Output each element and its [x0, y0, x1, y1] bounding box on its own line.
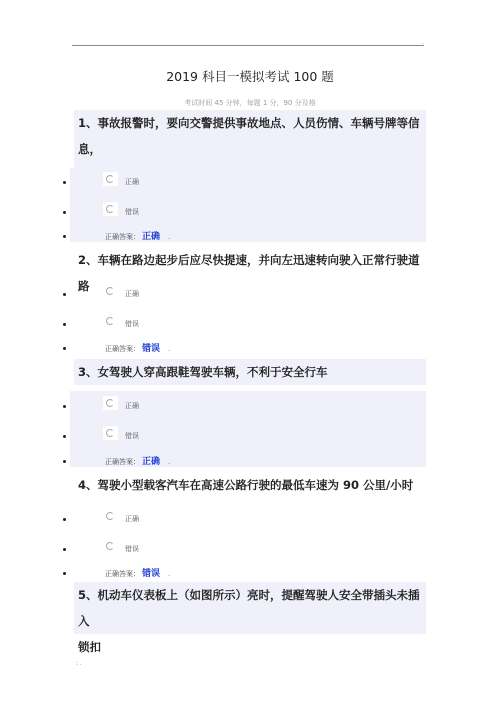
radio-button-icon[interactable]: [106, 205, 114, 213]
answer-suffix: .: [168, 233, 170, 241]
option-label: 正确: [125, 514, 139, 524]
question-3-text: 3、女驾驶人穿高跟鞋驾驶车辆，不利于安全行车: [74, 359, 426, 385]
answer-suffix: .: [168, 345, 170, 353]
question-4-text: 4、驾驶小型载客汽车在高速公路行驶的最低车速为 90 公里/小时: [74, 472, 426, 498]
footer-mark: : .: [76, 660, 82, 667]
question-4-line1: 4、驾驶小型载客汽车在高速公路行驶的最低车速为 90 公里/小时: [78, 472, 422, 498]
answer-value: 正确: [142, 457, 160, 467]
option-correct[interactable]: 正确: [70, 284, 426, 304]
radio-button-icon[interactable]: [106, 287, 114, 295]
exam-info: 考试时间 45 分钟，每题 1 分，90 分及格: [0, 98, 500, 108]
bullet-icon: [63, 323, 66, 326]
option-label: 正确: [125, 177, 139, 187]
option-label: 正确: [125, 401, 139, 411]
option-wrong[interactable]: 错误: [70, 314, 426, 334]
radio-button-icon[interactable]: [106, 542, 114, 550]
answer-text: 正确答案：错误.: [105, 566, 170, 579]
option-wrong[interactable]: 错误: [70, 539, 426, 559]
radio-button-icon[interactable]: [106, 429, 114, 437]
bullet-icon: [63, 548, 66, 551]
option-wrong[interactable]: 错误: [70, 426, 426, 446]
question-3-line1: 3、女驾驶人穿高跟鞋驾驶车辆，不利于安全行车: [78, 359, 422, 385]
question-5-text: 5、机动车仪表板上（如图所示）亮时，提醒驾驶人安全带插头未插入 锁扣: [74, 582, 426, 634]
answer-value: 错误: [142, 569, 160, 579]
bullet-icon: [63, 211, 66, 214]
option-wrong[interactable]: 错误: [70, 202, 426, 222]
bullet-icon: [63, 405, 66, 408]
question-1-options: 正确 错误 正确答案：正确.: [70, 168, 426, 242]
bullet-icon: [63, 347, 66, 350]
header-corner-mark: .: [422, 39, 424, 46]
radio-button-icon[interactable]: [106, 175, 114, 183]
answer-text: 正确答案：正确.: [105, 229, 170, 242]
question-1-line1: 1、事故报警时，要向交警提供事故地点、人员伤情、车辆号牌等信息，: [78, 110, 422, 162]
bullet-icon: [63, 435, 66, 438]
radio-button-icon[interactable]: [106, 399, 114, 407]
answer-prefix: 正确答案：: [105, 233, 140, 241]
question-2-options: 正确 错误 正确答案：错误.: [70, 280, 426, 354]
radio-button-icon[interactable]: [106, 317, 114, 325]
bullet-icon: [63, 235, 66, 238]
answer-suffix: .: [168, 570, 170, 578]
bullet-icon: [63, 572, 66, 575]
answer-row: 正确答案：正确.: [70, 226, 426, 246]
option-label: 错误: [125, 544, 139, 554]
answer-value: 错误: [142, 344, 160, 354]
answer-row: 正确答案：错误.: [70, 563, 426, 583]
answer-row: 正确答案：正确.: [70, 451, 426, 471]
option-correct[interactable]: 正确: [70, 396, 426, 416]
question-3-options: 正确 错误 正确答案：正确.: [70, 391, 426, 467]
answer-text: 正确答案：正确.: [105, 454, 170, 467]
option-label: 错误: [125, 207, 139, 217]
option-label: 错误: [125, 431, 139, 441]
option-label: 错误: [125, 319, 139, 329]
bullet-icon: [63, 460, 66, 463]
header-rule: [72, 45, 424, 46]
answer-value: 正确: [142, 232, 160, 242]
radio-button-icon[interactable]: [106, 512, 114, 520]
answer-suffix: .: [168, 458, 170, 466]
bullet-icon: [63, 181, 66, 184]
option-label: 正确: [125, 289, 139, 299]
question-4-options: 正确 错误 正确答案：错误.: [70, 505, 426, 579]
option-correct[interactable]: 正确: [70, 172, 426, 192]
bullet-icon: [63, 518, 66, 521]
bullet-icon: [63, 293, 66, 296]
answer-prefix: 正确答案：: [105, 458, 140, 466]
question-5-line1: 5、机动车仪表板上（如图所示）亮时，提醒驾驶人安全带插头未插入: [78, 582, 422, 634]
option-correct[interactable]: 正确: [70, 509, 426, 529]
answer-text: 正确答案：错误.: [105, 341, 170, 354]
answer-prefix: 正确答案：: [105, 345, 140, 353]
answer-prefix: 正确答案：: [105, 570, 140, 578]
page-title: 2019 科目一模拟考试 100 题: [0, 67, 500, 85]
question-5-line2: 锁扣: [78, 634, 422, 660]
answer-row: 正确答案：错误.: [70, 338, 426, 358]
